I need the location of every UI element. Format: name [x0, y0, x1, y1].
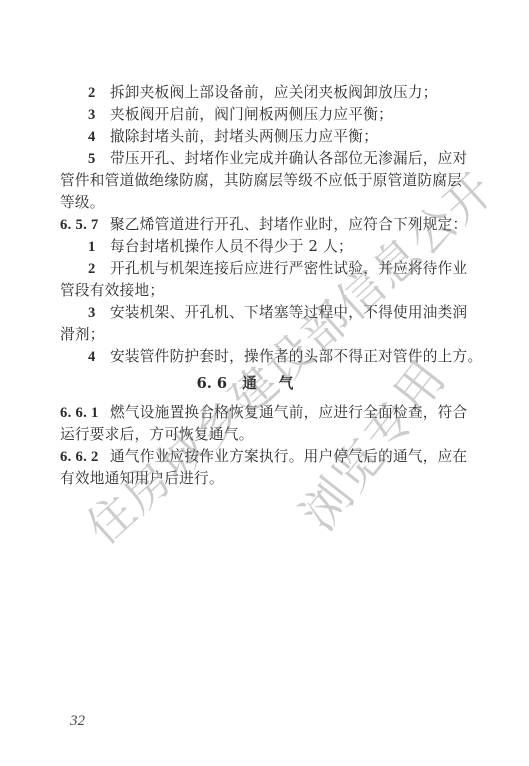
item-text: 每台封堵机操作人员不得少于 2 人；	[110, 238, 353, 255]
page-number: 32	[70, 713, 85, 730]
text-continuation: 有效地通知用户后进行。	[60, 468, 224, 490]
section-number: 6. 6	[197, 375, 227, 392]
clause-6-5-7: 6. 5. 7聚乙烯管道进行开孔、封堵作业时，应符合下列规定：	[60, 214, 467, 236]
item-number: 2	[88, 258, 110, 280]
list-item: 3安装机架、开孔机、下堵塞等过程中，不得使用油类润	[60, 302, 467, 324]
item-number: 2	[88, 82, 110, 104]
clause-text: 聚乙烯管道进行开孔、封堵作业时，应符合下列规定：	[110, 216, 467, 233]
item-text: 安装机架、开孔机、下堵塞等过程中，不得使用油类润	[110, 304, 467, 321]
text-continuation: 等级。	[60, 192, 105, 214]
item-number: 1	[88, 236, 110, 258]
clause-number: 6. 5. 7	[60, 214, 110, 236]
text-continuation: 运行要求后，方可恢复通气。	[60, 424, 254, 446]
item-text: 夹板阀开启前，阀门闸板两侧压力应平衡；	[110, 106, 393, 123]
item-text: 拆卸夹板阀上部设备前，应关闭夹板阀卸放压力；	[110, 84, 438, 101]
list-item: 4撤除封堵头前，封堵头两侧压力应平衡；	[60, 126, 378, 148]
clause-text: 通气作业应按作业方案执行。用户停气后的通气，应在	[110, 448, 467, 465]
text-continuation: 滑剂；	[60, 324, 105, 346]
list-item: 3夹板阀开启前，阀门闸板两侧压力应平衡；	[60, 104, 393, 126]
item-text: 带压开孔、封堵作业完成并确认各部位无渗漏后，应对	[110, 150, 467, 167]
item-number: 3	[88, 302, 110, 324]
clause-6-6-2: 6. 6. 2通气作业应按作业方案执行。用户停气后的通气，应在	[60, 446, 467, 468]
list-item: 5带压开孔、封堵作业完成并确认各部位无渗漏后，应对	[60, 148, 467, 170]
list-item: 1每台封堵机操作人员不得少于 2 人；	[60, 236, 353, 258]
item-number: 5	[88, 148, 110, 170]
text-continuation: 管段有效接地；	[60, 280, 164, 302]
section-title: 通气	[242, 375, 315, 392]
clause-6-6-1: 6. 6. 1燃气设施置换合格恢复通气前，应进行全面检查，符合	[60, 402, 467, 424]
list-item: 2拆卸夹板阀上部设备前，应关闭夹板阀卸放压力；	[60, 82, 438, 104]
clause-number: 6. 6. 1	[60, 402, 110, 424]
list-item: 2开孔机与机架连接后应进行严密性试验，并应将待作业	[60, 258, 467, 280]
clause-text: 燃气设施置换合格恢复通气前，应进行全面检查，符合	[110, 404, 467, 421]
text-continuation: 管件和管道做绝缘防腐，其防腐层等级不应低于原管道防腐层	[60, 170, 462, 192]
item-number: 4	[88, 126, 110, 148]
item-text: 撤除封堵头前，封堵头两侧压力应平衡；	[110, 128, 378, 145]
item-number: 3	[88, 104, 110, 126]
item-text: 开孔机与机架连接后应进行严密性试验，并应将待作业	[110, 260, 467, 277]
section-heading: 6. 6 通气	[60, 361, 452, 383]
clause-number: 6. 6. 2	[60, 446, 110, 468]
